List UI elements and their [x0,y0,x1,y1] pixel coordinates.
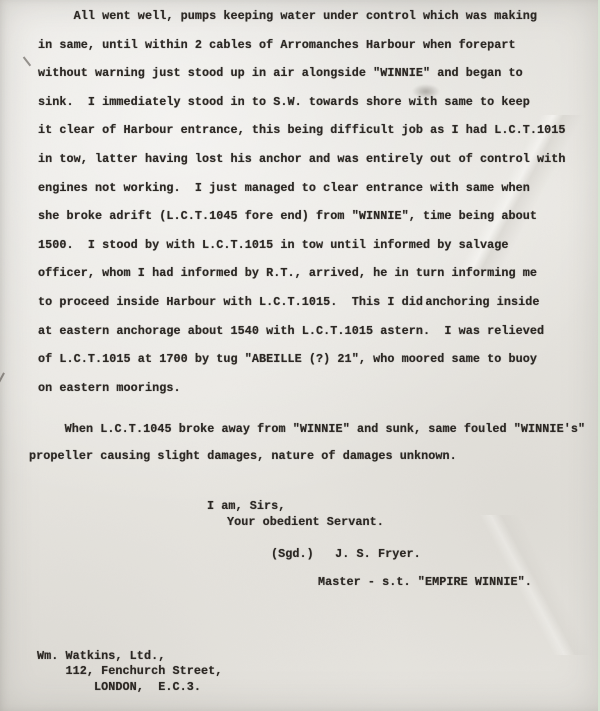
edge-pen-mark [0,372,5,384]
text-line: officer, whom I had informed by R.T., ar… [38,259,566,288]
text-line: engines not working. I just managed to c… [38,174,566,203]
text-line: she broke adrift (L.C.T.1045 fore end) f… [38,202,566,231]
closing-salutation: I am, Sirs, [207,498,285,514]
text-line: without warning just stood up in air alo… [38,59,566,88]
text-line: propeller causing slight damages, nature… [29,443,585,470]
text-line: sink. I immediately stood in to S.W. tow… [38,88,566,117]
closing-servant-line: Your obedient Servant. [227,514,384,530]
text-line: on eastern moorings. [38,374,566,403]
closing-master-line: Master - s.t. "EMPIRE WINNIE". [318,574,532,590]
text-line: 1500. I stood by with L.C.T.1015 in tow … [38,231,566,260]
text-line: of L.C.T.1015 at 1700 by tug "ABEILLE (?… [38,345,566,374]
text-line: LONDON, E.C.3. [37,680,222,695]
text-line: When L.C.T.1045 broke away from "WINNIE"… [29,416,585,443]
pen-tick-mark [23,57,31,67]
letter-body-paragraph-1: All went well, pumps keeping water under… [38,2,566,402]
scanned-letter-page: All went well, pumps keeping water under… [0,0,600,711]
text-line: in tow, latter having lost his anchor an… [38,145,566,174]
letter-body-paragraph-2: When L.C.T.1045 broke away from "WINNIE"… [29,416,585,470]
text-line: it clear of Harbour entrance, this being… [38,116,566,145]
text-line: to proceed inside Harbour with L.C.T.101… [38,288,566,317]
text-line: in same, until within 2 cables of Arroma… [38,31,566,60]
text-line: All went well, pumps keeping water under… [38,2,566,31]
closing-signed-line: (Sgd.) J. S. Fryer. [271,546,421,562]
text-line: at eastern anchorage about 1540 with L.C… [38,317,566,346]
sender-address-block: Wm. Watkins, Ltd., 112, Fenchurch Street… [37,649,222,695]
text-line: Wm. Watkins, Ltd., [37,649,222,664]
text-line: 112, Fenchurch Street, [37,664,222,679]
